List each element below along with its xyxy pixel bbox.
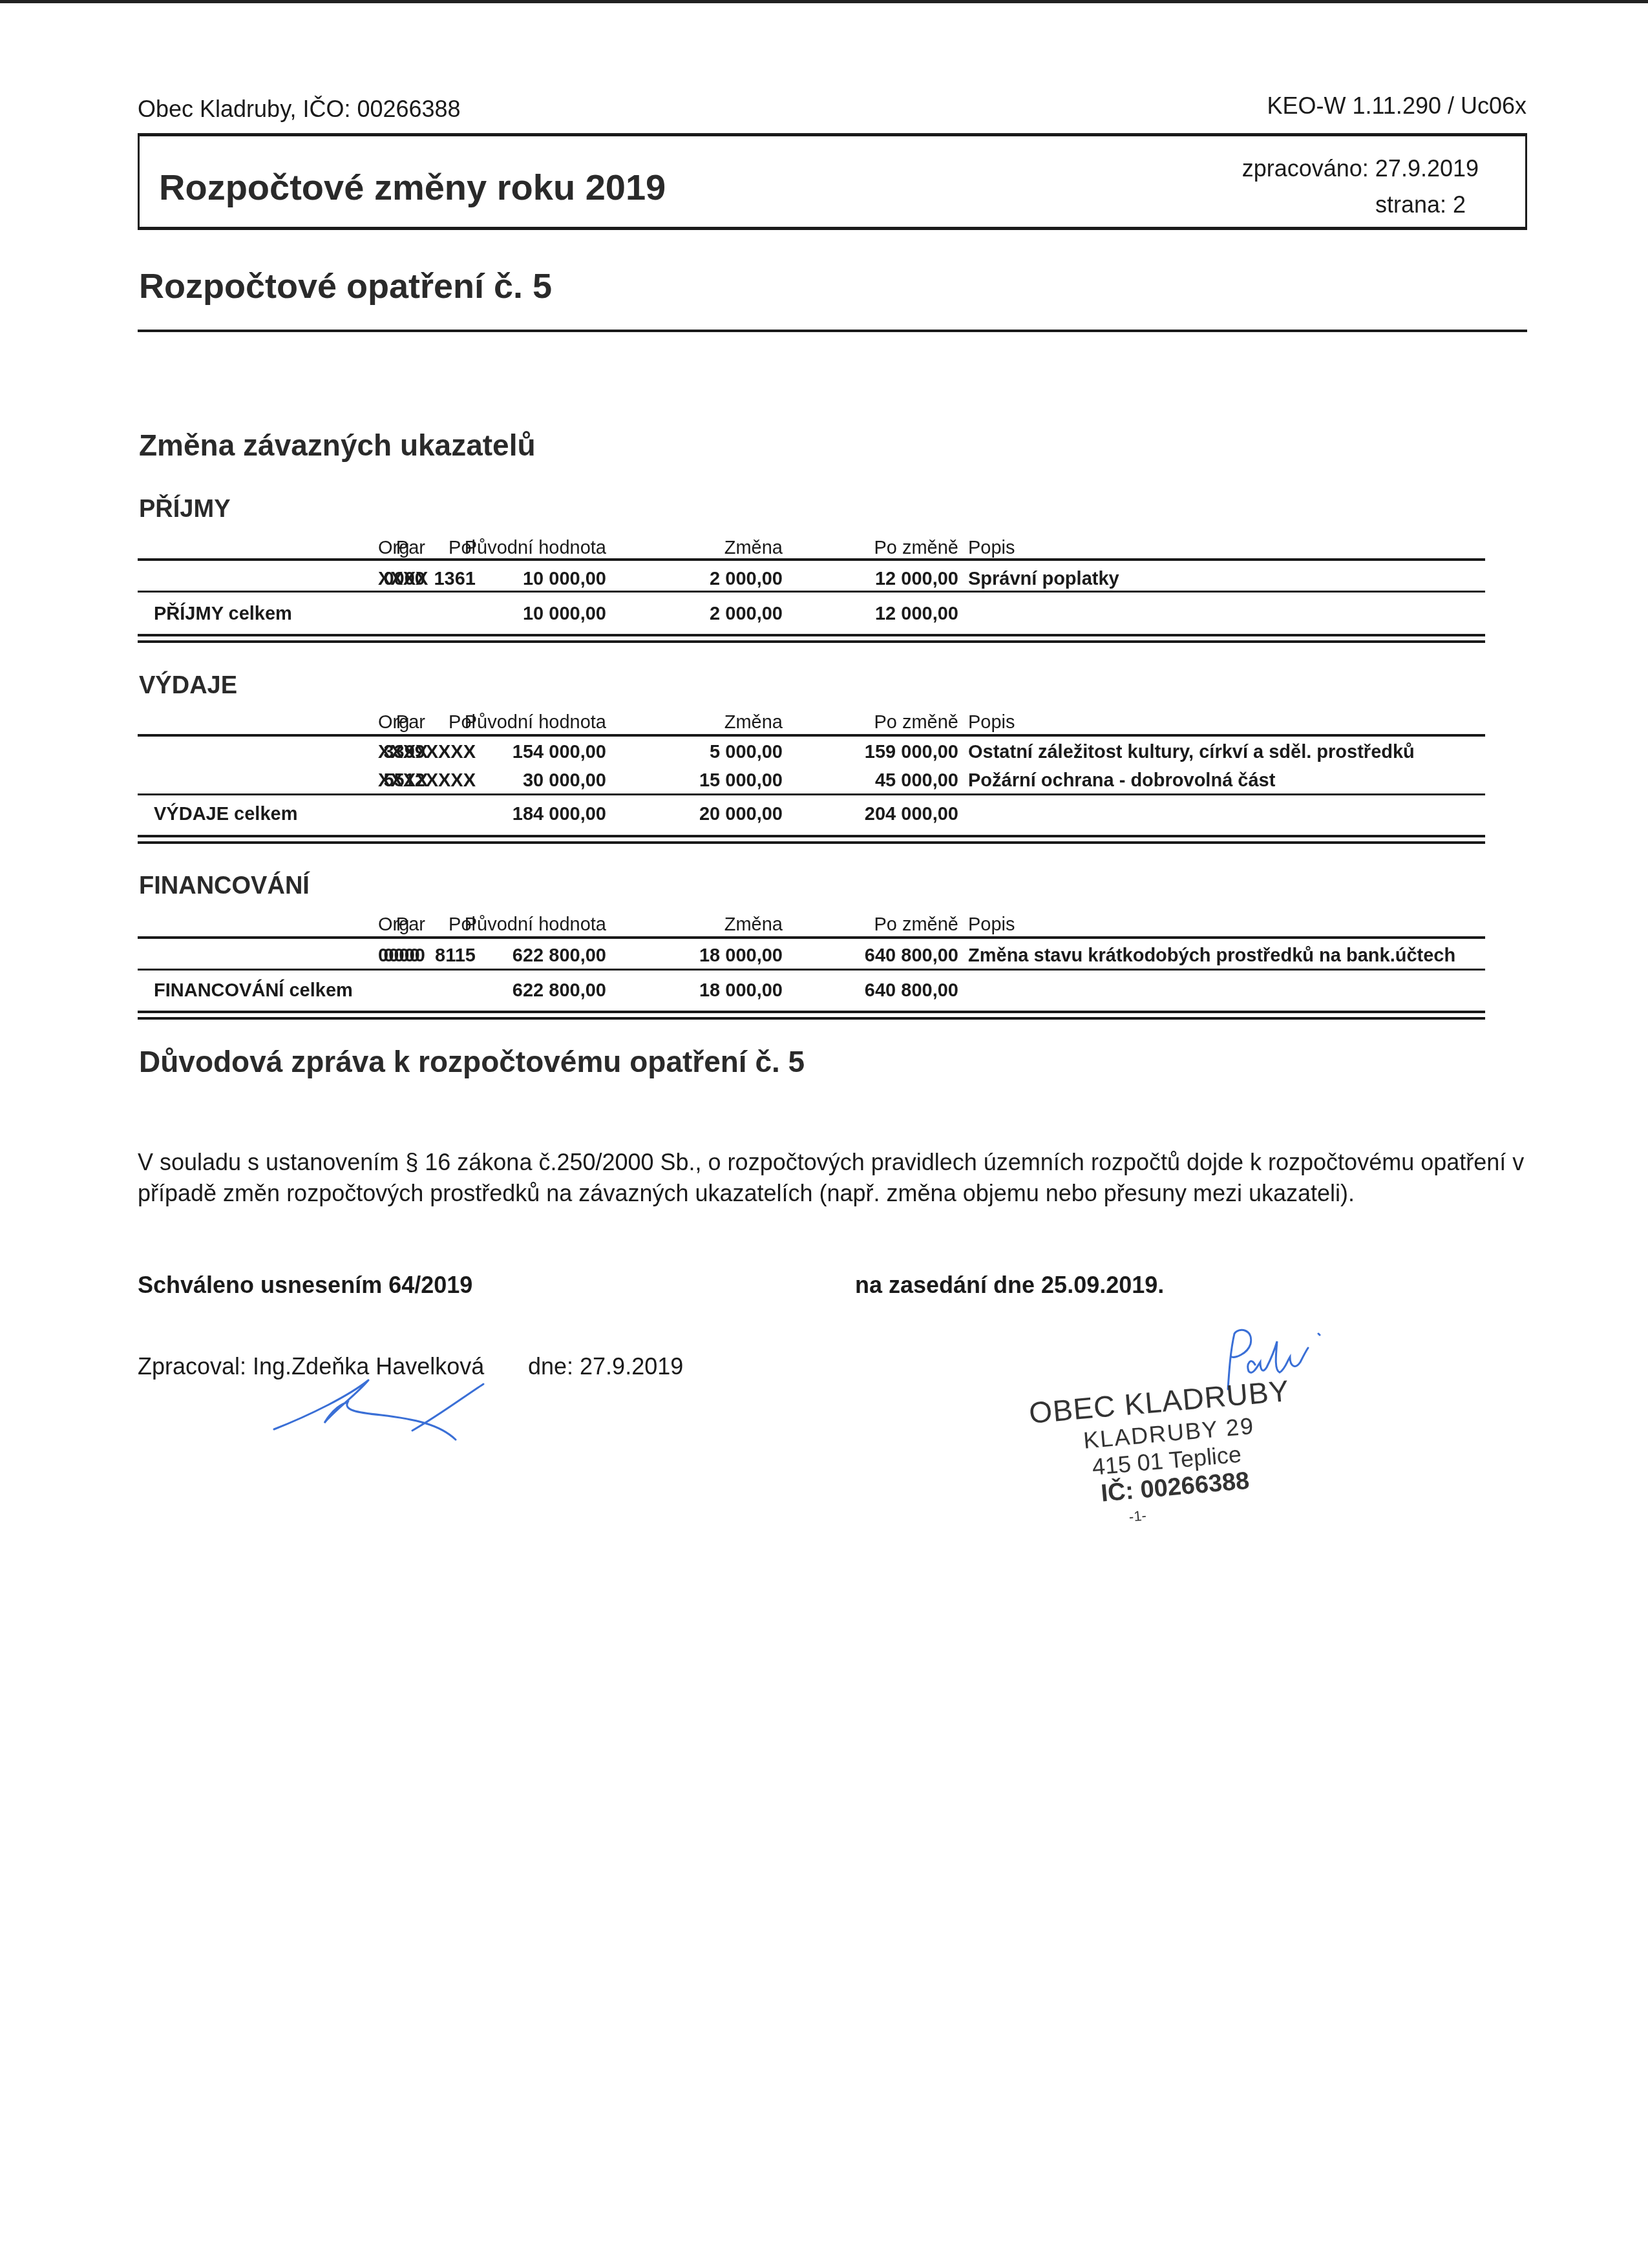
cell-change: 2 000,00 [710, 569, 783, 590]
row-rule [138, 969, 1485, 971]
total-change: 2 000,00 [710, 604, 783, 625]
cell-pol: 8115 [435, 945, 476, 967]
divider [138, 330, 1527, 332]
document-meta: zpracováno: 27.9.2019 strana: 2 [1242, 151, 1479, 223]
total-change: 20 000,00 [699, 804, 783, 825]
cell-change: 5 000,00 [710, 742, 783, 763]
expenses-table: Par Pol Org Původní hodnota Změna Po změ… [138, 708, 1485, 828]
approval-resolution: Schváleno usnesením 64/2019 [138, 1272, 472, 1299]
cell-after: 159 000,00 [865, 742, 958, 763]
total-row: VÝDAJE celkem 184 000,00 20 000,00 204 0… [138, 800, 1485, 828]
total-rule [138, 640, 1485, 643]
measure-title: Rozpočtové opatření č. 5 [139, 266, 552, 306]
cell-org: XXXX [378, 569, 428, 590]
document-title: Rozpočtové změny roku 2019 [159, 166, 666, 208]
official-stamp: OBEC KLADRUBY KLADRUBY 29 415 01 Teplice… [1028, 1369, 1351, 1563]
cell-pol: XXXX [426, 742, 476, 763]
cell-description: Změna stavu krátkodobých prostředků na b… [968, 945, 1455, 967]
cell-original: 622 800,00 [512, 945, 606, 967]
col-org: Org [378, 712, 409, 733]
col-change: Změna [724, 712, 783, 733]
col-original: Původní hodnota [465, 914, 606, 936]
group-title-expenses: VÝDAJE [139, 672, 237, 700]
col-description: Popis [968, 538, 1015, 559]
col-after: Po změně [874, 712, 958, 733]
col-original: Původní hodnota [465, 538, 606, 559]
row-rule [138, 591, 1485, 593]
col-change: Změna [724, 538, 783, 559]
signature-preparer [271, 1376, 491, 1447]
header-rule [138, 936, 1485, 939]
page-number: strana: 2 [1242, 187, 1479, 223]
col-original: Původní hodnota [465, 712, 606, 733]
cell-original: 30 000,00 [523, 770, 606, 792]
cell-after: 12 000,00 [875, 569, 958, 590]
total-original: 184 000,00 [512, 804, 606, 825]
header-rule [138, 558, 1485, 561]
table-header: Par Pol Org Původní hodnota Změna Po změ… [138, 910, 1485, 939]
processed-date: zpracováno: 27.9.2019 [1242, 151, 1479, 187]
cell-description: Správní poplatky [968, 569, 1119, 590]
total-after: 204 000,00 [865, 804, 958, 825]
row-rule [138, 793, 1485, 795]
total-label: VÝDAJE celkem [154, 804, 297, 825]
total-rule [138, 841, 1485, 844]
cell-org: XXXX [378, 742, 428, 763]
table-row: 3399 XXXX XXXX 154 000,00 5 000,00 159 0… [138, 738, 1485, 766]
prepared-date: dne: 27.9.2019 [528, 1353, 683, 1380]
col-description: Popis [968, 712, 1015, 733]
cell-original: 10 000,00 [523, 569, 606, 590]
cell-description: Ostatní záležitost kultury, církví a sdě… [968, 742, 1415, 763]
total-rule [138, 835, 1485, 837]
col-org: Org [378, 914, 409, 936]
title-box: Rozpočtové změny roku 2019 zpracováno: 2… [138, 133, 1527, 230]
organization-label: Obec Kladruby, IČO: 00266388 [138, 96, 461, 123]
header-rule [138, 734, 1485, 737]
col-change: Změna [724, 914, 783, 936]
cell-after: 640 800,00 [865, 945, 958, 967]
total-rule [138, 634, 1485, 636]
justification-text: V souladu s ustanovením § 16 zákona č.25… [138, 1147, 1527, 1209]
cell-pol: 1361 [434, 569, 476, 590]
cell-pol: XXXX [426, 770, 476, 792]
total-label: PŘÍJMY celkem [154, 604, 292, 625]
total-original: 622 800,00 [512, 980, 606, 1002]
cell-change: 15 000,00 [699, 770, 783, 792]
system-version: KEO-W 1.11.290 / Uc06x [1267, 92, 1527, 120]
approval-meeting-date: na zasedání dne 25.09.2019. [855, 1272, 1164, 1299]
total-original: 10 000,00 [523, 604, 606, 625]
cell-org: XXXX [378, 770, 428, 792]
financing-table: Par Pol Org Původní hodnota Změna Po změ… [138, 910, 1485, 1005]
group-title-income: PŘÍJMY [139, 496, 230, 523]
total-after: 640 800,00 [865, 980, 958, 1002]
col-after: Po změně [874, 538, 958, 559]
col-after: Po změně [874, 914, 958, 936]
total-row: FINANCOVÁNÍ celkem 622 800,00 18 000,00 … [138, 976, 1485, 1005]
cell-change: 18 000,00 [699, 945, 783, 967]
cell-org: 0000 [378, 945, 420, 967]
group-title-financing: FINANCOVÁNÍ [139, 872, 310, 900]
total-change: 18 000,00 [699, 980, 783, 1002]
table-row: 0000 1361 XXXX 10 000,00 2 000,00 12 000… [138, 565, 1485, 593]
table-row: 5512 XXXX XXXX 30 000,00 15 000,00 45 00… [138, 766, 1485, 795]
income-table: Par Pol Org Původní hodnota Změna Po změ… [138, 534, 1485, 628]
col-org: Org [378, 538, 409, 559]
scan-edge [0, 0, 1648, 3]
table-header: Par Pol Org Původní hodnota Změna Po změ… [138, 708, 1485, 737]
total-label: FINANCOVÁNÍ celkem [154, 980, 353, 1002]
total-row: PŘÍJMY celkem 10 000,00 2 000,00 12 000,… [138, 600, 1485, 628]
col-description: Popis [968, 914, 1015, 936]
cell-after: 45 000,00 [875, 770, 958, 792]
section-title: Změna závazných ukazatelů [139, 428, 536, 463]
total-after: 12 000,00 [875, 604, 958, 625]
stamp-number: -1- [1128, 1507, 1147, 1526]
total-rule [138, 1017, 1485, 1020]
justification-title: Důvodová zpráva k rozpočtovému opatření … [139, 1044, 805, 1079]
cell-description: Požární ochrana - dobrovolná část [968, 770, 1275, 792]
cell-original: 154 000,00 [512, 742, 606, 763]
table-row: 0000 8115 0000 622 800,00 18 000,00 640 … [138, 941, 1485, 970]
total-rule [138, 1011, 1485, 1013]
